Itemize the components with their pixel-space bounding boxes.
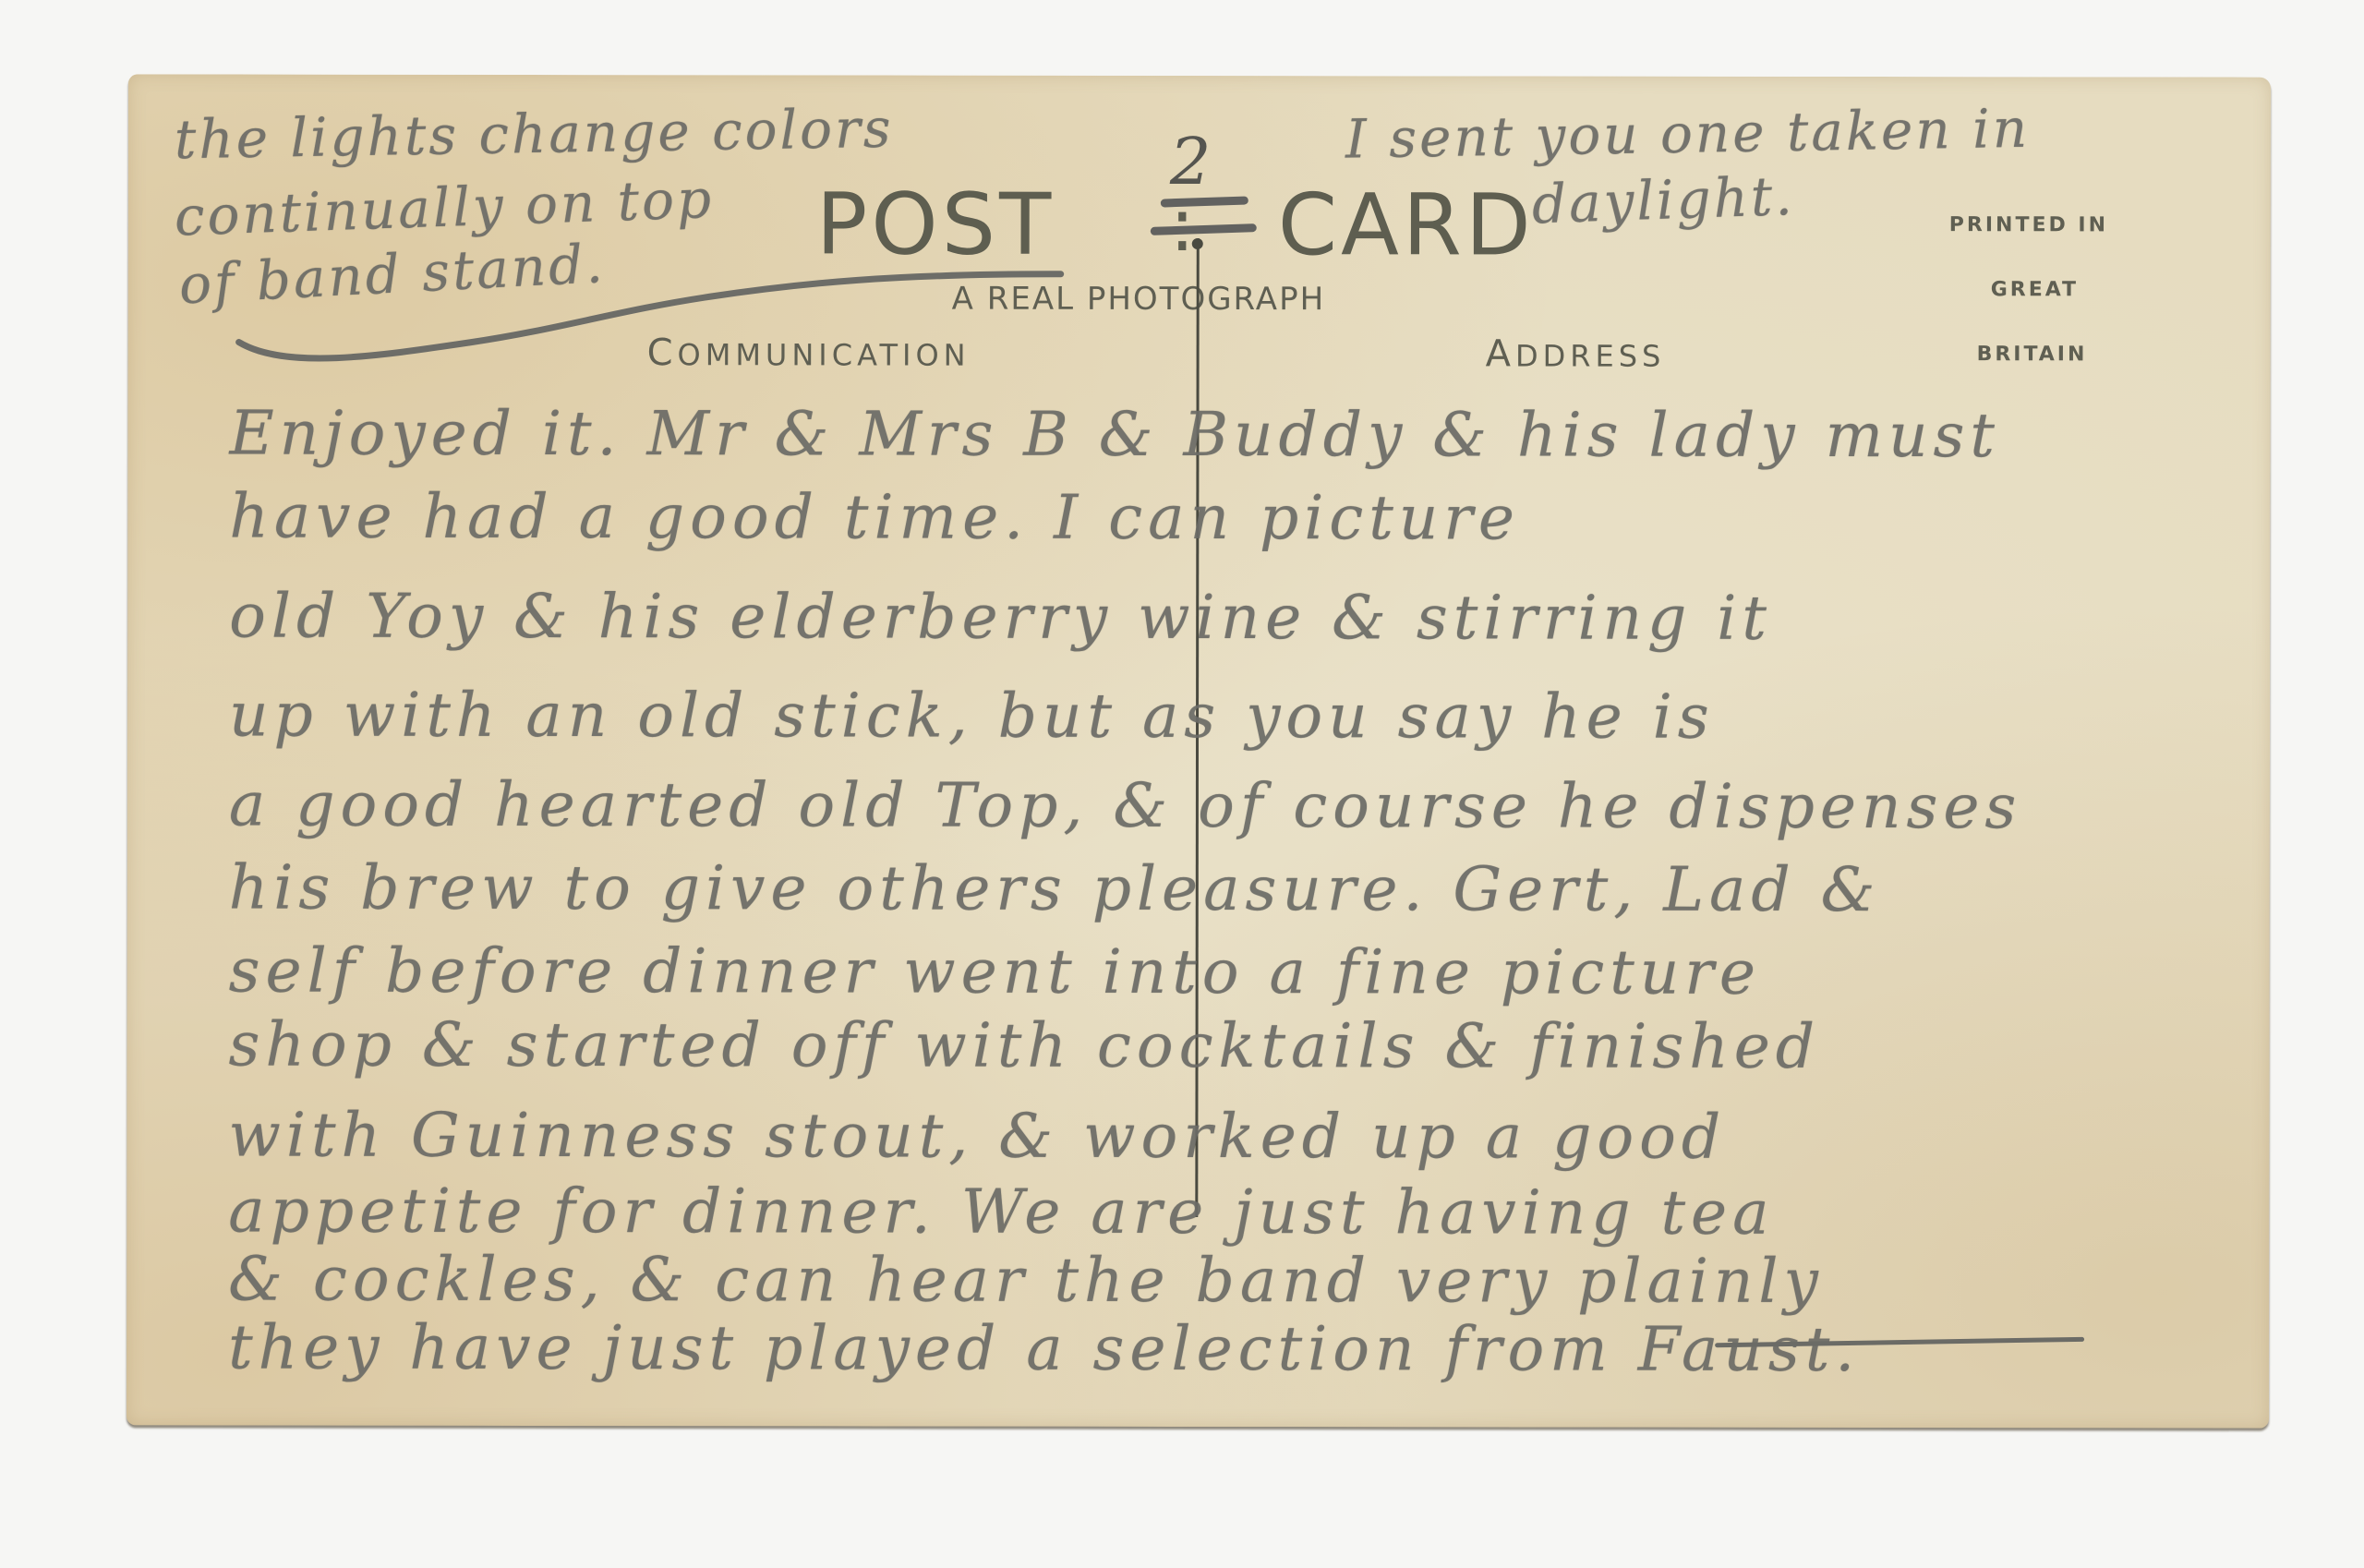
pencil-underline-swoosh: [230, 255, 1079, 367]
page-number-underline: [1151, 223, 1257, 235]
top-note-line: daylight.: [1531, 164, 1796, 236]
message-line: have had a good time. I can picture: [229, 481, 1520, 554]
post-title-right: CARD: [1278, 183, 1535, 268]
message-line: shop & started off with cocktails & fini…: [229, 1009, 1821, 1082]
message-line: up with an old stick, but as you say he …: [229, 680, 1715, 753]
page-number-underline: [1161, 196, 1248, 207]
great-label: GREAT: [1991, 278, 2079, 301]
message-line: with Guinness stout, & worked up a good: [228, 1100, 1726, 1173]
page-number: 2: [1170, 124, 1212, 199]
top-note-line: I sent you one taken in: [1345, 97, 2030, 171]
top-note-line: continually on top: [174, 167, 715, 248]
message-line: & cockles, & can hear the band very plai…: [228, 1244, 1824, 1317]
address-label: ADDRESS: [1486, 332, 1666, 375]
message-line: appetite for dinner. We are just having …: [228, 1176, 1774, 1248]
message-line: Enjoyed it. Mr & Mrs B & Buddy & his lad…: [229, 398, 2000, 472]
message-line: his brew to give others pleasure. Gert, …: [229, 852, 1881, 925]
message-line: they have just played a selection from F…: [228, 1312, 1860, 1385]
britain-label: BRITAIN: [1977, 343, 2088, 366]
message-line: old Yoy & his elderberry wine & stirring…: [229, 581, 1772, 654]
message-line: self before dinner went into a fine pict…: [229, 935, 1761, 1008]
top-note-line: the lights change colors: [174, 97, 894, 171]
message-line: a good hearted old Top, & of course he d…: [229, 769, 2021, 843]
postcard-back: POST : CARD A REAL PHOTOGRAPH COMMUNICAT…: [127, 74, 2271, 1428]
printed-in-label: PRINTED IN: [1949, 213, 2108, 236]
